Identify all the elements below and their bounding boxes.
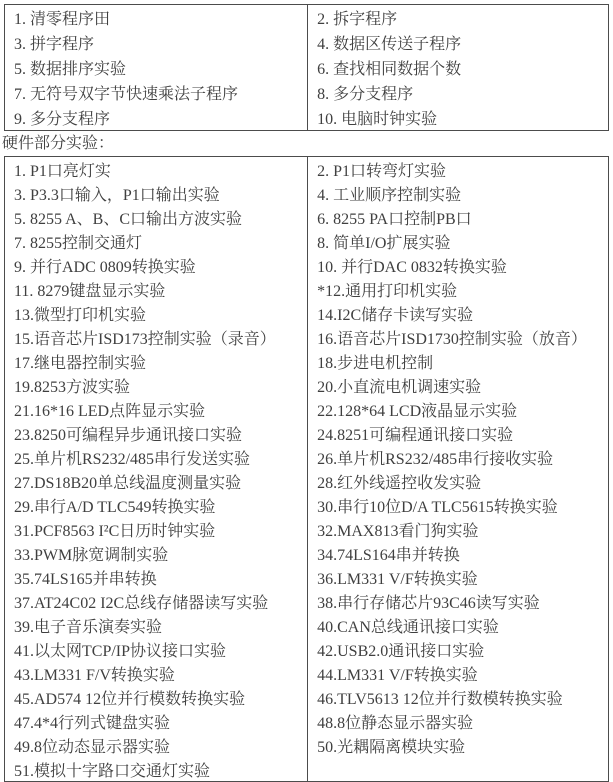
table-row: 7. 8255控制交通灯8. 简单I/O扩展实验 bbox=[5, 229, 609, 253]
experiment-item: 46.TLV5613 12位并行数模转换实验 bbox=[308, 685, 609, 709]
experiment-item: 4. 数据区传送子程序 bbox=[308, 30, 609, 55]
table-row: 51.模拟十字路口交通灯实验 bbox=[5, 757, 609, 782]
software-experiments-table: 1. 清零程序田2. 拆字程序3. 拼字程序4. 数据区传送子程序5. 数据排序… bbox=[4, 4, 609, 131]
table-row: 49.8位动态显示器实验50.光耦隔离模块实验 bbox=[5, 733, 609, 757]
experiment-item: 2. P1口转弯灯实验 bbox=[308, 157, 609, 182]
experiment-item: 7. 8255控制交通灯 bbox=[5, 229, 308, 253]
table-row: 21.16*16 LED点阵显示实验22.128*64 LCD液晶显示实验 bbox=[5, 397, 609, 421]
table-row: 41.以太网TCP/IP协议接口实验42.USB2.0通讯接口实验 bbox=[5, 637, 609, 661]
table-row: 19.8253方波实验20.小直流电机调速实验 bbox=[5, 373, 609, 397]
experiment-item: 6. 8255 PA口控制PB口 bbox=[308, 205, 609, 229]
table-row: 3. P3.3口输入，P1口输出实验4. 工业顺序控制实验 bbox=[5, 181, 609, 205]
experiment-item: 44.LM331 V/F转换实验 bbox=[308, 661, 609, 685]
experiment-item: 2. 拆字程序 bbox=[308, 5, 609, 31]
experiment-list-page: 1. 清零程序田2. 拆字程序3. 拼字程序4. 数据区传送子程序5. 数据排序… bbox=[0, 0, 613, 782]
table-row: 11. 8279键盘显示实验*12.通用打印机实验 bbox=[5, 277, 609, 301]
experiment-item: 48.8位静态显示器实验 bbox=[308, 709, 609, 733]
table-row: 7. 无符号双字节快速乘法子程序8. 多分支程序 bbox=[5, 80, 609, 105]
experiment-item: 16.语音芯片ISD1730控制实验（放音） bbox=[308, 325, 609, 349]
experiment-item: 34.74LS164串并转换 bbox=[308, 541, 609, 565]
table-row: 25.单片机RS232/485串行发送实验26.单片机RS232/485串行接收… bbox=[5, 445, 609, 469]
experiment-item: 10. 并行DAC 0832转换实验 bbox=[308, 253, 609, 277]
experiment-item: 49.8位动态显示器实验 bbox=[5, 733, 308, 757]
experiment-item: 15.语音芯片ISD173控制实验（录音） bbox=[5, 325, 308, 349]
experiment-item: 47.4*4行列式键盘实验 bbox=[5, 709, 308, 733]
experiment-item: 5. 数据排序实验 bbox=[5, 55, 308, 80]
table-row: 5. 8255 A、B、C口输出方波实验6. 8255 PA口控制PB口 bbox=[5, 205, 609, 229]
experiment-item: 26.单片机RS232/485串行接收实验 bbox=[308, 445, 609, 469]
experiment-item: 3. P3.3口输入，P1口输出实验 bbox=[5, 181, 308, 205]
experiment-item: 38.串行存储芯片93C46读写实验 bbox=[308, 589, 609, 613]
experiment-item: 50.光耦隔离模块实验 bbox=[308, 733, 609, 757]
experiment-item: 35.74LS165并串转换 bbox=[5, 565, 308, 589]
experiment-item: 8. 简单I/O扩展实验 bbox=[308, 229, 609, 253]
experiment-item: 41.以太网TCP/IP协议接口实验 bbox=[5, 637, 308, 661]
experiment-item: 32.MAX813看门狗实验 bbox=[308, 517, 609, 541]
experiment-item: 7. 无符号双字节快速乘法子程序 bbox=[5, 80, 308, 105]
table-row: 5. 数据排序实验6. 查找相同数据个数 bbox=[5, 55, 609, 80]
experiment-item: 23.8250可编程异步通讯接口实验 bbox=[5, 421, 308, 445]
table-row: 13.微型打印机实验14.I2C储存卡读写实验 bbox=[5, 301, 609, 325]
experiment-item: 8. 多分支程序 bbox=[308, 80, 609, 105]
experiment-item: 14.I2C储存卡读写实验 bbox=[308, 301, 609, 325]
experiment-item: 9. 多分支程序 bbox=[5, 105, 308, 131]
experiment-item: 4. 工业顺序控制实验 bbox=[308, 181, 609, 205]
experiment-item: 40.CAN总线通讯接口实验 bbox=[308, 613, 609, 637]
experiment-item: 18.步进电机控制 bbox=[308, 349, 609, 373]
table-row: 1. P1口亮灯实2. P1口转弯灯实验 bbox=[5, 157, 609, 182]
experiment-item: 6. 查找相同数据个数 bbox=[308, 55, 609, 80]
table-row: 9. 并行ADC 0809转换实验10. 并行DAC 0832转换实验 bbox=[5, 253, 609, 277]
experiment-item: 1. 清零程序田 bbox=[5, 5, 308, 31]
table-row: 33.PWM脉宽调制实验34.74LS164串并转换 bbox=[5, 541, 609, 565]
experiment-item: 3. 拼字程序 bbox=[5, 30, 308, 55]
table-row: 39.电子音乐演奏实验40.CAN总线通讯接口实验 bbox=[5, 613, 609, 637]
experiment-item: 13.微型打印机实验 bbox=[5, 301, 308, 325]
experiment-item: 27.DS18B20单总线温度测量实验 bbox=[5, 469, 308, 493]
experiment-item: 30.串行10位D/A TLC5615转换实验 bbox=[308, 493, 609, 517]
experiment-item: 36.LM331 V/F转换实验 bbox=[308, 565, 609, 589]
table-row: 29.串行A/D TLC549转换实验30.串行10位D/A TLC5615转换… bbox=[5, 493, 609, 517]
experiment-item: 9. 并行ADC 0809转换实验 bbox=[5, 253, 308, 277]
experiment-item: 37.AT24C02 I2C总线存储器读写实验 bbox=[5, 589, 308, 613]
table-row: 31.PCF8563 I²C日历时钟实验32.MAX813看门狗实验 bbox=[5, 517, 609, 541]
experiment-item: 10. 电脑时钟实验 bbox=[308, 105, 609, 131]
experiment-item: 43.LM331 F/V转换实验 bbox=[5, 661, 308, 685]
table-row: 17.继电器控制实验18.步进电机控制 bbox=[5, 349, 609, 373]
experiment-item: 28.红外线遥控收发实验 bbox=[308, 469, 609, 493]
hardware-experiments-table: 1. P1口亮灯实2. P1口转弯灯实验3. P3.3口输入，P1口输出实验4.… bbox=[4, 156, 609, 782]
table-row: 43.LM331 F/V转换实验44.LM331 V/F转换实验 bbox=[5, 661, 609, 685]
experiment-item: 22.128*64 LCD液晶显示实验 bbox=[308, 397, 609, 421]
table-row: 23.8250可编程异步通讯接口实验24.8251可编程通讯接口实验 bbox=[5, 421, 609, 445]
experiment-item: 24.8251可编程通讯接口实验 bbox=[308, 421, 609, 445]
experiment-item: 29.串行A/D TLC549转换实验 bbox=[5, 493, 308, 517]
table-row: 27.DS18B20单总线温度测量实验28.红外线遥控收发实验 bbox=[5, 469, 609, 493]
experiment-item: 21.16*16 LED点阵显示实验 bbox=[5, 397, 308, 421]
experiment-item: 33.PWM脉宽调制实验 bbox=[5, 541, 308, 565]
table-row: 45.AD574 12位并行模数转换实验46.TLV5613 12位并行数模转换… bbox=[5, 685, 609, 709]
experiment-item: 45.AD574 12位并行模数转换实验 bbox=[5, 685, 308, 709]
experiment-item: 31.PCF8563 I²C日历时钟实验 bbox=[5, 517, 308, 541]
table-row: 15.语音芯片ISD173控制实验（录音）16.语音芯片ISD1730控制实验（… bbox=[5, 325, 609, 349]
table-row: 35.74LS165并串转换36.LM331 V/F转换实验 bbox=[5, 565, 609, 589]
table-row: 47.4*4行列式键盘实验48.8位静态显示器实验 bbox=[5, 709, 609, 733]
experiment-item: 5. 8255 A、B、C口输出方波实验 bbox=[5, 205, 308, 229]
experiment-item: 25.单片机RS232/485串行发送实验 bbox=[5, 445, 308, 469]
experiment-item: 19.8253方波实验 bbox=[5, 373, 308, 397]
experiment-item: 1. P1口亮灯实 bbox=[5, 157, 308, 182]
experiment-item: *12.通用打印机实验 bbox=[308, 277, 609, 301]
experiment-item: 51.模拟十字路口交通灯实验 bbox=[5, 757, 308, 782]
experiment-item: 20.小直流电机调速实验 bbox=[308, 373, 609, 397]
table-row: 9. 多分支程序10. 电脑时钟实验 bbox=[5, 105, 609, 131]
experiment-item: 42.USB2.0通讯接口实验 bbox=[308, 637, 609, 661]
hardware-section-label: 硬件部分实验： bbox=[2, 131, 613, 156]
table-row: 3. 拼字程序4. 数据区传送子程序 bbox=[5, 30, 609, 55]
table-row: 37.AT24C02 I2C总线存储器读写实验38.串行存储芯片93C46读写实… bbox=[5, 589, 609, 613]
experiment-item: 17.继电器控制实验 bbox=[5, 349, 308, 373]
experiment-item: 11. 8279键盘显示实验 bbox=[5, 277, 308, 301]
experiment-item bbox=[308, 757, 609, 782]
experiment-item: 39.电子音乐演奏实验 bbox=[5, 613, 308, 637]
table-row: 1. 清零程序田2. 拆字程序 bbox=[5, 5, 609, 31]
